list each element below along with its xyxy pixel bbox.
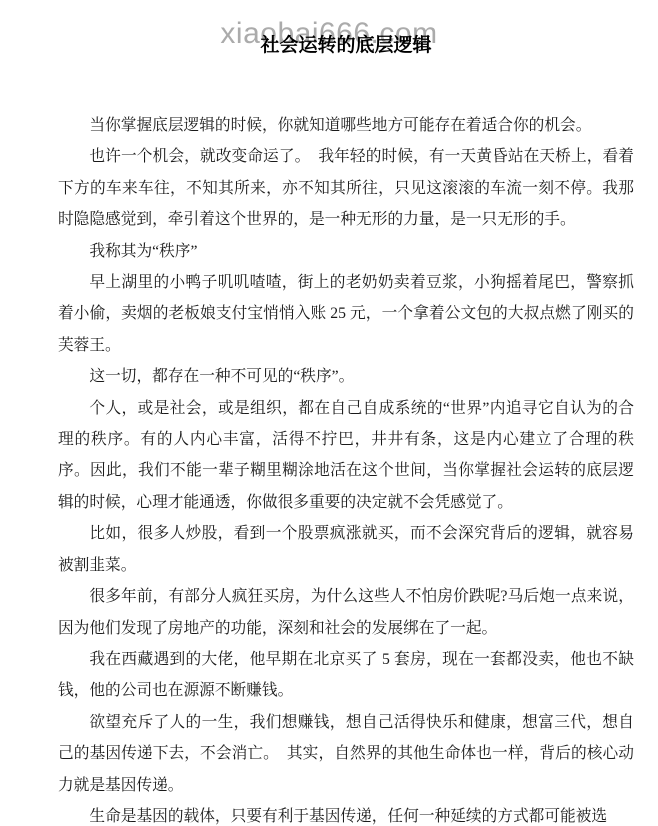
document-content: 社会运转的底层逻辑 当你掌握底层逻辑的时候，你就知道哪些地方可能存在着适合你的机…: [0, 33, 658, 826]
paragraph: 早上湖里的小鸭子叽叽喳喳，街上的老奶奶卖着豆浆，小狗摇着尾巴，警察抓着小偷，卖烟…: [58, 267, 634, 361]
page-title: 社会运转的底层逻辑: [58, 33, 634, 59]
paragraph: 当你掌握底层逻辑的时候，你就知道哪些地方可能存在着适合你的机会。: [58, 110, 634, 141]
paragraph: 个人，或是社会，或是组织，都在自己自成系统的“世界”内追寻它自认为的合理的秩序。…: [58, 393, 634, 519]
document-body: 当你掌握底层逻辑的时候，你就知道哪些地方可能存在着适合你的机会。也许一个机会，就…: [58, 110, 634, 826]
document-page: xiaobai666.com 社会运转的底层逻辑 当你掌握底层逻辑的时候，你就知…: [0, 0, 658, 826]
paragraph: 我在西藏遇到的大佬，他早期在北京买了 5 套房，现在一套都没卖，他也不缺钱，他的…: [58, 644, 634, 707]
paragraph: 这一切，都存在一种不可见的“秩序”。: [58, 361, 634, 392]
paragraph: 比如，很多人炒股，看到一个股票疯涨就买，而不会深究背后的逻辑，就容易被割韭菜。: [58, 518, 634, 581]
paragraph: 欲望充斥了人的一生，我们想赚钱，想自己活得快乐和健康，想富三代，想自己的基因传递…: [58, 707, 634, 801]
paragraph: 很多年前，有部分人疯狂买房，为什么这些人不怕房价跌呢?马后炮一点来说，因为他们发…: [58, 581, 634, 644]
paragraph: 生命是基因的载体，只要有利于基因传递，任何一种延续的方式都可能被选: [58, 801, 634, 826]
paragraph: 我称其为“秩序”: [58, 236, 634, 267]
paragraph: 也许一个机会，就改变命运了。 我年轻的时候，有一天黄昏站在天桥上，看着下方的车来…: [58, 141, 634, 235]
